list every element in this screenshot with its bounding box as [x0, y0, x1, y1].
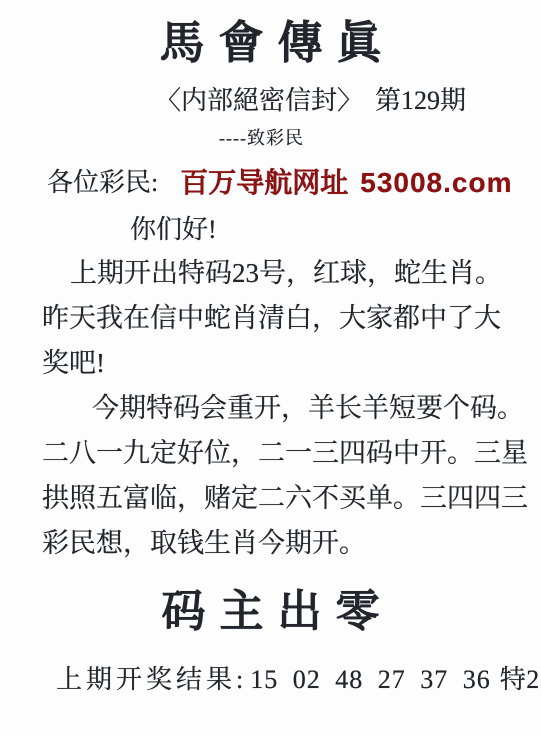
body-line: 今期特码会重开，羊长羊短要个码。 — [42, 386, 523, 431]
masthead-subtitle: 〈内部絕密信封〉第129期 — [0, 80, 541, 117]
fax-sheet: 馬會傳眞 〈内部絕密信封〉第129期 ----致彩民 各位彩民: 百万导航网址5… — [0, 0, 541, 737]
dedication-line: ----致彩民 — [0, 124, 541, 150]
masthead-title: 馬會傳眞 — [0, 20, 541, 67]
envelope-label: 〈内部絕密信封〉 — [155, 86, 363, 115]
prev-draw-special: 特23 — [500, 659, 541, 696]
promo-site-label: 百万导航网址 — [180, 167, 348, 198]
promo-banner: 百万导航网址53008.com — [180, 167, 512, 199]
letter-paragraph-2: 今期特码会重开，羊长羊短要个码。 二八一九定好位，二一三四码中开。三星 拱照五富… — [42, 386, 523, 566]
letter-paragraph-1: 上期开出特码23号，红球，蛇生肖。 昨天我在信中蛇肖清白，大家都中了大 奖吧! — [42, 251, 523, 386]
promo-site-url: 53008.com — [360, 167, 512, 198]
slogan-text: 码主出零 — [0, 586, 541, 639]
body-line: 拱照五富临，赌定二六不买单。三四四三 — [42, 476, 523, 521]
greeting-row: 各位彩民: 百万导航网址53008.com — [0, 167, 541, 199]
prev-draw-numbers: 15 02 48 27 37 36 — [250, 665, 491, 695]
body-line: 上期开出特码23号，红球，蛇生肖。 — [42, 251, 523, 296]
previous-draw-result: 上期开奖结果: 15 02 48 27 37 36 特23 — [0, 659, 541, 696]
prev-draw-label: 上期开奖结果: — [56, 659, 247, 696]
special-label: 特 — [500, 665, 527, 694]
body-line: 彩民想，取钱生肖今期开。 — [42, 521, 523, 566]
issue-number: 第129期 — [375, 86, 466, 115]
body-line: 二八一九定好位，二一三四码中开。三星 — [42, 431, 523, 476]
body-line: 昨天我在信中蛇肖清白，大家都中了大 — [42, 296, 523, 341]
salutation: 各位彩民: — [47, 167, 158, 199]
body-line: 奖吧! — [42, 341, 523, 386]
greeting-line: 你们好! — [130, 209, 541, 246]
special-number: 23 — [526, 665, 541, 694]
letter-body: 上期开出特码23号，红球，蛇生肖。 昨天我在信中蛇肖清白，大家都中了大 奖吧! … — [0, 251, 541, 566]
